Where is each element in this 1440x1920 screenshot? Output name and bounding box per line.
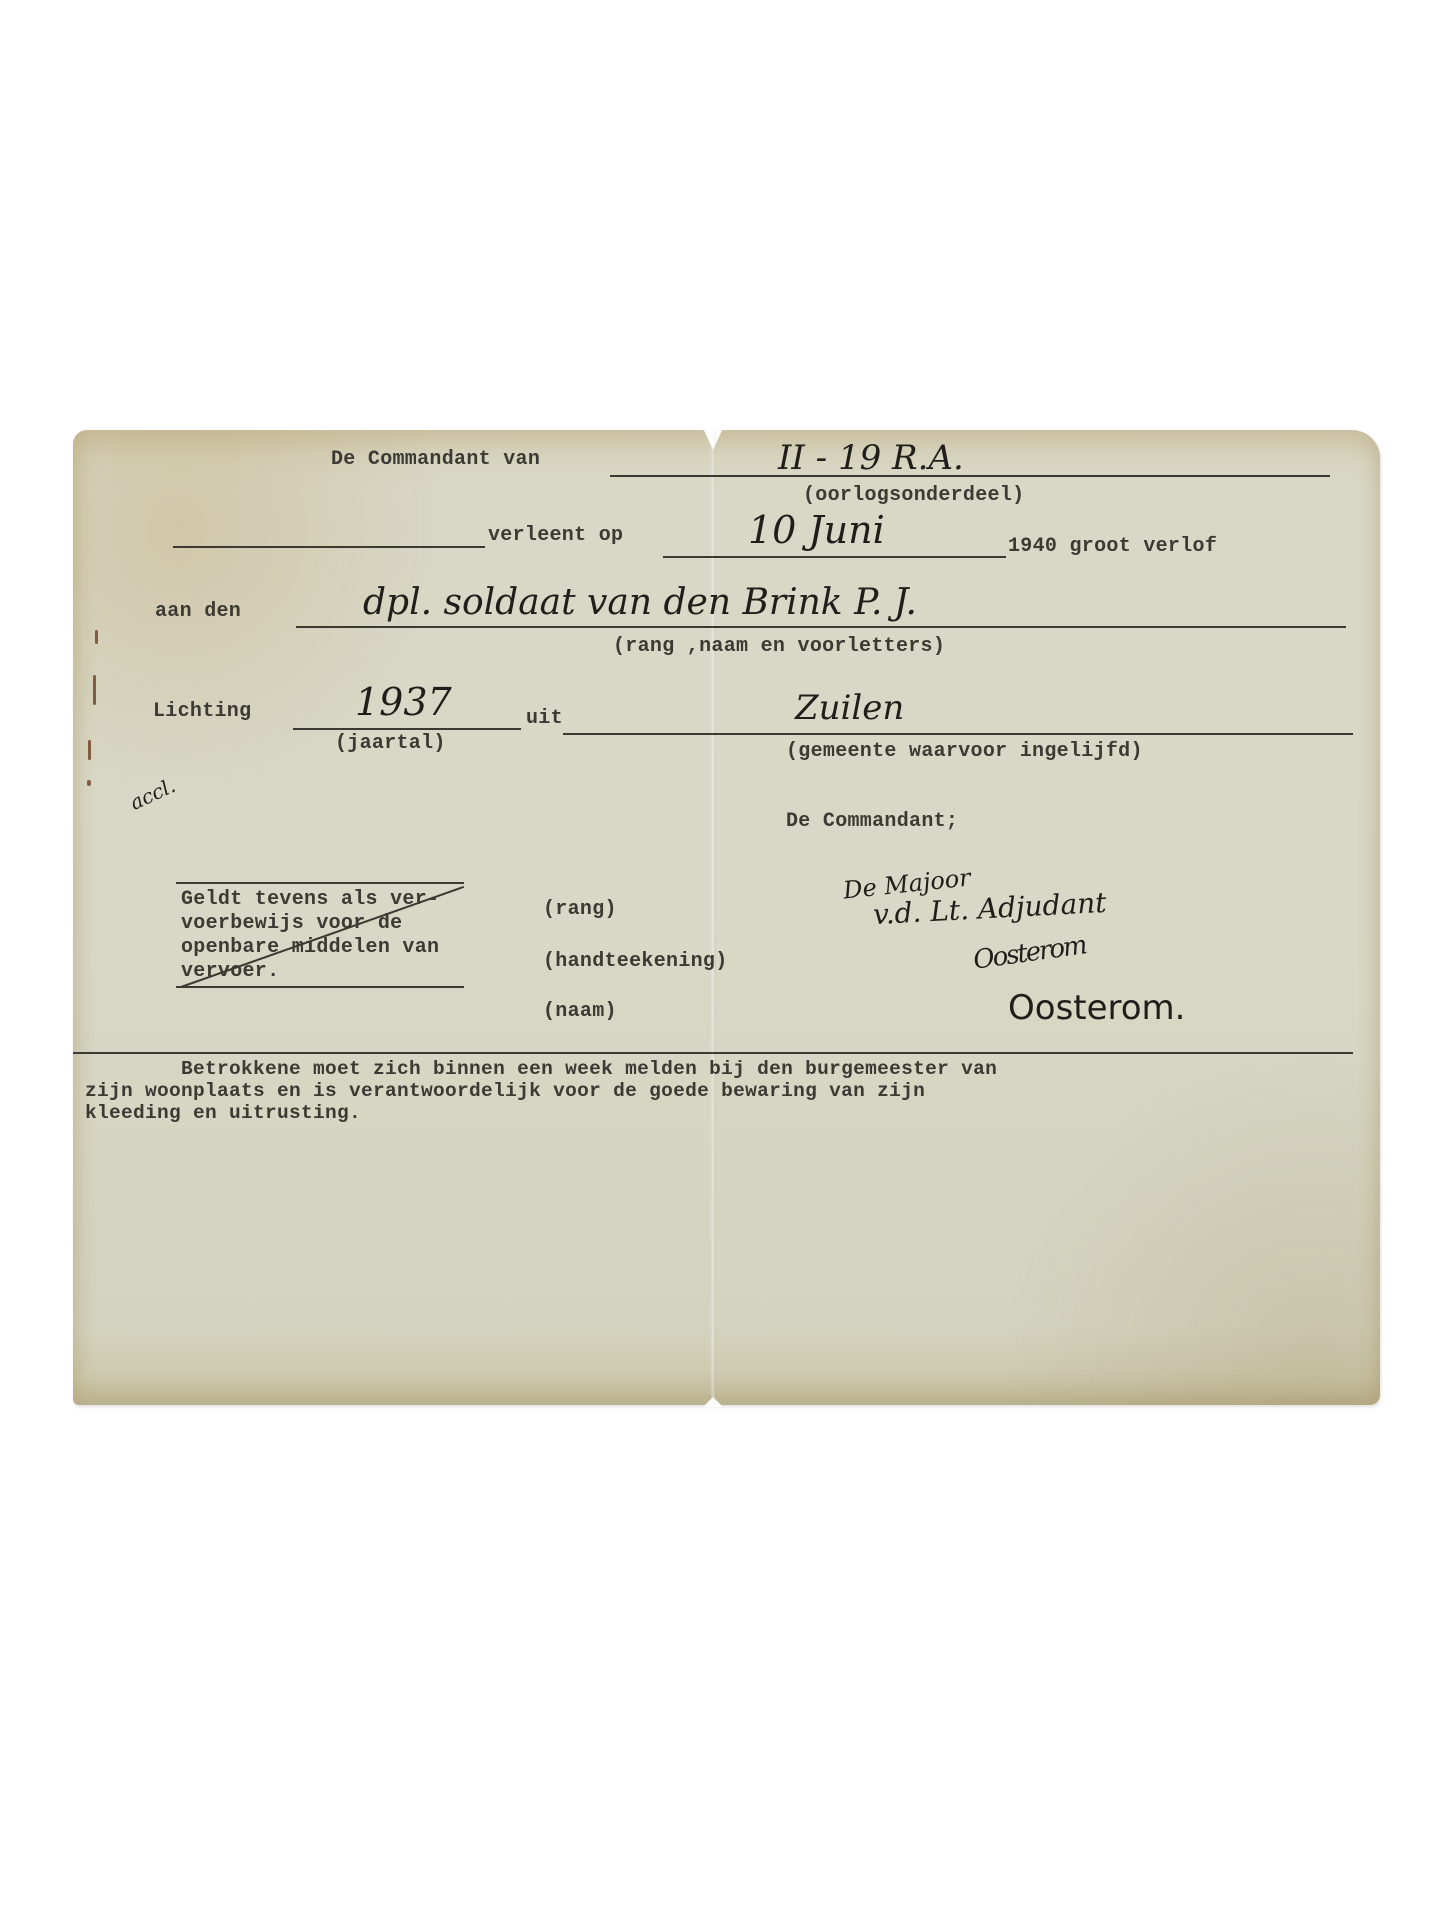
year-field-line [293,728,521,730]
lichting-year-caption: (jaartal) [335,732,446,755]
recipient-field-line [296,626,1346,628]
municipality-caption: (gemeente waarvoor ingelijfd) [786,740,1143,763]
rust-stain [93,675,96,705]
margin-initials: accl. [126,773,179,815]
handteekening-label: (handteekening) [543,950,728,973]
date-value: 10 Juni [748,508,885,552]
travel-box-bottom-line [176,986,464,988]
document-paper: De Commandant van II - 19 R.A. (oorlogso… [73,430,1380,1405]
footer-line3: kleeding en uitrusting. [85,1102,361,1124]
rust-stain [95,630,98,644]
rust-stain [87,780,91,786]
rust-stain [88,740,91,760]
date-field-line [663,556,1006,558]
travel-box-line2: voerbewijs voor de [181,912,402,935]
naam-value: Oosterom. [1008,988,1186,1028]
rang-label: (rang) [543,898,617,921]
recipient-caption: (rang ,naam en voorletters) [613,635,945,658]
naam-label: (naam) [543,1000,617,1023]
footer-divider [73,1052,1353,1054]
commandant-signature-title: De Commandant; [786,810,958,833]
issuer-field-line [173,546,485,548]
center-fold [710,430,716,1405]
lichting-label: Lichting [153,700,251,723]
unit-caption: (oorlogsonderdeel) [803,484,1024,507]
uit-label: uit [526,707,563,730]
unit-value: II - 19 R.A. [778,438,964,478]
recipient-value: dpl. soldaat van den Brink P. J. [363,582,917,623]
municipality-field-line [563,733,1353,735]
signature-scrawl: Oosterom [971,930,1087,975]
commandant-van-label: De Commandant van [331,448,540,471]
year-groot-verlof: 1940 groot verlof [1008,535,1217,558]
footer-line2: zijn woonplaats en is verantwoordelijk v… [85,1080,925,1102]
lichting-year-value: 1937 [355,680,452,724]
municipality-value: Zuilen [795,688,904,728]
travel-box-top-line [176,882,464,884]
footer-line1: Betrokkene moet zich binnen een week mel… [85,1058,997,1080]
aan-den-label: aan den [155,600,241,623]
verleent-op-label: verleent op [488,524,623,547]
unit-field-line [610,475,1330,477]
